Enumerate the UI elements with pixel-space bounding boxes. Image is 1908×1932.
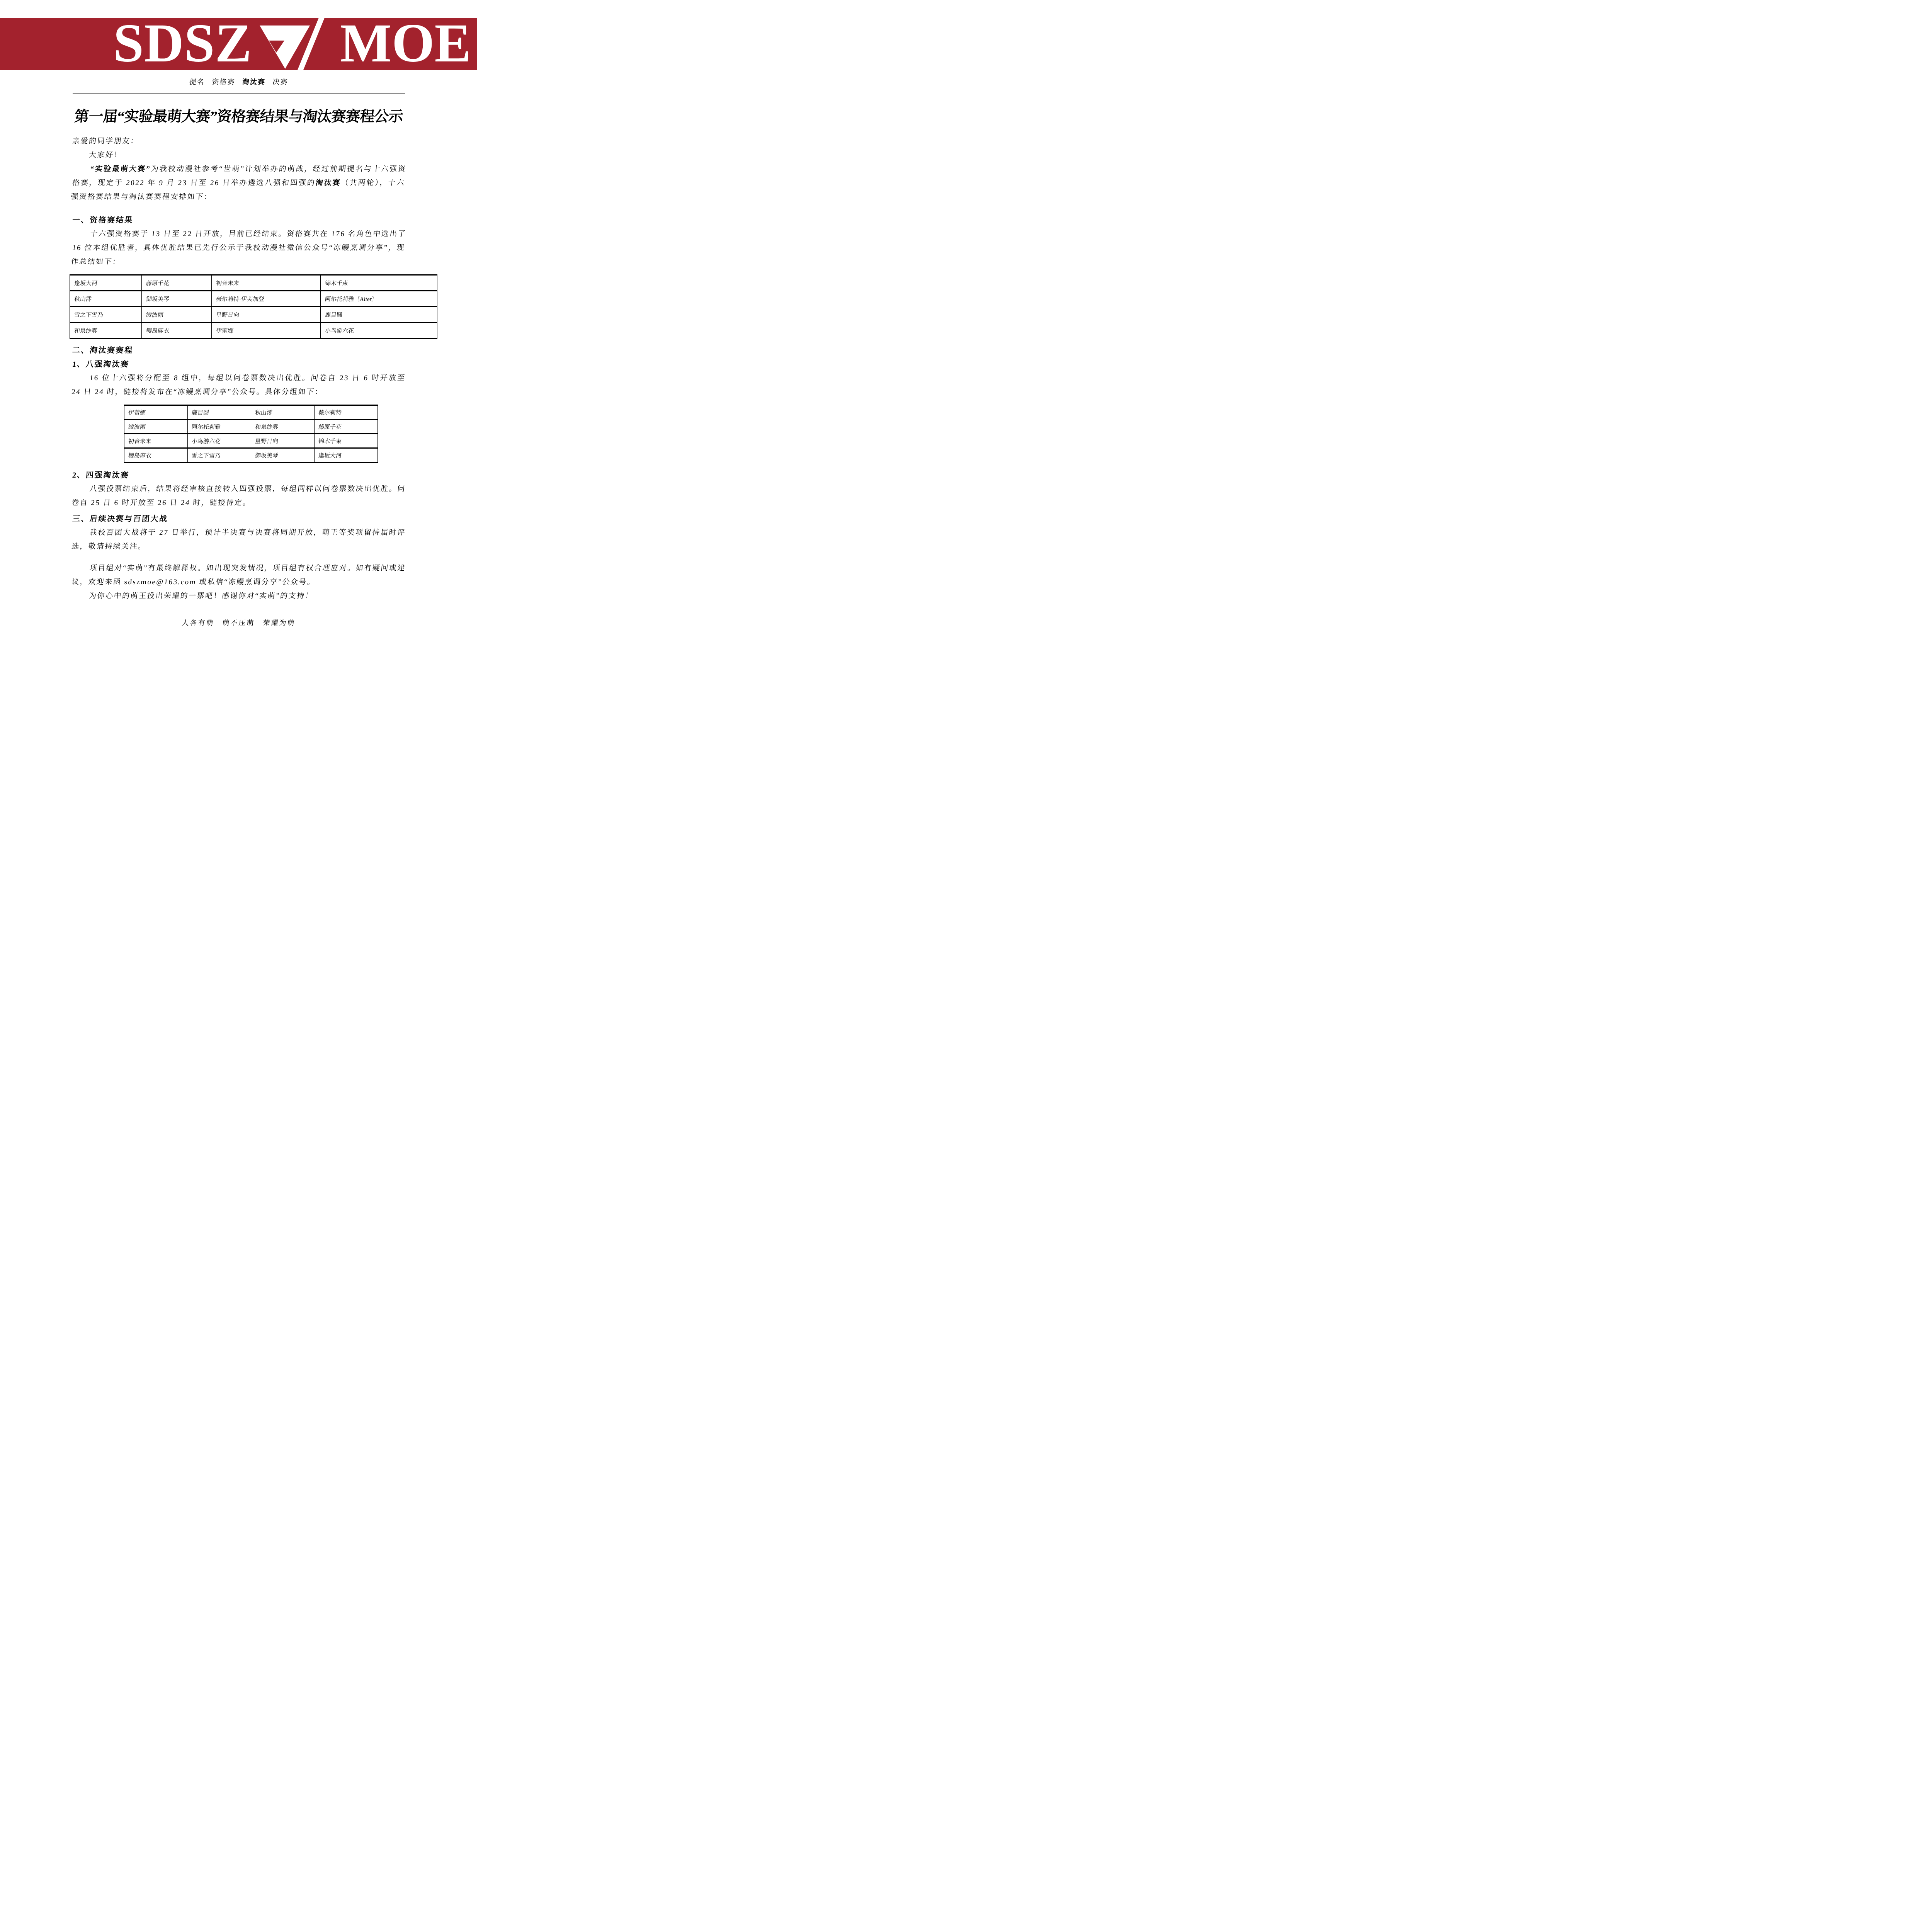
bold-text-segment: 淘汰赛	[315, 179, 342, 187]
text-segment: 大家好！	[88, 151, 122, 159]
section-1-heading: 一、资格赛结果	[71, 213, 405, 227]
top8-groups-table: 伊蕾娜鹿目圆秋山澪薇尔莉特绫波丽阿尔托莉雅和泉纱雾藤原千花初音未来小鸟游六花星野…	[124, 405, 378, 463]
top8-paragraph: 16 位十六强将分配至 8 组中，每组以问卷票数决出优胜。问卷自 23 日 6 …	[71, 371, 406, 399]
qualifier-results-table: 逢坂大河藤原千花初音未来锦木千束秋山澪御坂美琴薇尔莉特·伊芙加登阿尔托莉雅〔Al…	[70, 274, 437, 339]
table-cell: 雪之下雪乃	[188, 448, 251, 463]
table-cell: 鹿目圆	[321, 307, 437, 323]
text-segment: 我校百团大战将于 27 日举行，预计半决赛与决赛将同期开放，萌王等奖项留待届时评…	[71, 529, 406, 551]
text-segment: 16 位十六强将分配至 8 组中，每组以问卷票数决出优胜。问卷自 23 日 6 …	[71, 374, 406, 396]
greeting-paragraph: 大家好！	[71, 148, 405, 162]
section-3-heading: 三、后续决赛与百团大战	[71, 512, 405, 526]
page-title: 第一届“实验最萌大赛”资格赛结果与淘汰赛赛程公示	[0, 106, 477, 128]
table-row: 雪之下雪乃绫波丽星野日向鹿目圆	[70, 307, 437, 323]
table-row: 绫波丽阿尔托莉雅和泉纱雾藤原千花	[124, 420, 378, 434]
section-2-2-heading: 2、四强淘汰赛	[71, 468, 405, 482]
table-cell: 绫波丽	[124, 420, 188, 434]
text-segment: 资格赛	[211, 78, 242, 86]
table-cell: 初音未来	[124, 434, 188, 448]
table-row: 逢坂大河藤原千花初音未来锦木千束	[70, 275, 437, 291]
table-cell: 和泉纱雾	[70, 323, 142, 338]
table-row: 和泉纱雾樱岛麻衣伊蕾娜小鸟游六花	[70, 323, 437, 338]
stage-nav: 提名 资格赛 淘汰赛 决赛	[0, 77, 477, 87]
header-banner: SDSZ MOE	[0, 18, 477, 70]
table-cell: 秋山澪	[70, 291, 142, 307]
table-cell: 锦木千束	[321, 275, 437, 291]
document-page: SDSZ MOE 提名 资格赛 淘汰赛 决赛 第一届“实验最萌大赛”资格赛结果与…	[0, 0, 477, 675]
top4-paragraph: 八强投票结束后，结果将经审核直接转入四强投票，每组同样以问卷票数决出优胜。问卷自…	[71, 482, 406, 510]
table-cell: 星野日向	[212, 307, 321, 323]
text-segment: 八强投票结束后，结果将经审核直接转入四强投票，每组同样以问卷票数决出优胜。问卷自…	[71, 485, 406, 507]
table-cell: 薇尔莉特·伊芙加登	[212, 291, 321, 307]
bold-text-segment: “实验最萌大赛”	[90, 165, 151, 173]
table-cell: 藤原千花	[142, 275, 212, 291]
table-cell: 初音未来	[212, 275, 321, 291]
table-cell: 雪之下雪乃	[70, 307, 142, 323]
text-segment: 提名	[189, 78, 212, 86]
table-cell: 御坂美琴	[142, 291, 212, 307]
section-2-heading: 二、淘汰赛赛程	[71, 344, 405, 357]
table-cell: 秋山澪	[251, 405, 315, 420]
footer-slogan: 人各有萌 萌不压萌 荣耀为萌	[72, 617, 406, 629]
disclaimer-paragraph: 项目组对“实萌”有最终解释权。如出现突发情况，项目组有权合理应对。如有疑问或建议…	[71, 561, 406, 589]
document-body: 亲爱的同学朋友： 大家好！ “实验最萌大赛”为我校动漫社参考“世萌”计划举办的萌…	[72, 134, 405, 629]
table-cell: 樱岛麻衣	[124, 448, 188, 463]
table-cell: 樱岛麻衣	[142, 323, 212, 338]
table-cell: 小鸟游六花	[321, 323, 437, 338]
table-cell: 阿尔托莉雅〔Alter〕	[321, 291, 437, 307]
text-segment: 十六强资格赛于 13 日至 22 日开放，目前已经结束。资格赛共在 176 名角…	[71, 230, 407, 266]
divider-rule	[73, 94, 405, 94]
table-cell: 藤原千花	[315, 420, 378, 434]
bold-text-segment: 淘汰赛	[242, 78, 266, 86]
table-row: 初音未来小鸟游六花星野日向锦木千束	[124, 434, 378, 448]
table-cell: 伊蕾娜	[212, 323, 321, 338]
table-cell: 薇尔莉特	[315, 405, 378, 420]
table-cell: 绫波丽	[142, 307, 212, 323]
table-cell: 小鸟游六花	[188, 434, 251, 448]
section-2-1-heading: 1、八强淘汰赛	[71, 357, 405, 371]
table-row: 秋山澪御坂美琴薇尔莉特·伊芙加登阿尔托莉雅〔Alter〕	[70, 291, 437, 307]
text-segment: 亲爱的同学朋友：	[72, 137, 139, 145]
intro-paragraph: “实验最萌大赛”为我校动漫社参考“世萌”计划举办的萌战，经过前期提名与十六强资格…	[70, 162, 407, 204]
table-cell: 阿尔托莉雅	[188, 420, 251, 434]
closing-paragraph: 为你心中的萌王投出荣耀的一票吧！感谢你对“实萌”的支持！	[71, 589, 405, 603]
table-cell: 逢坂大河	[315, 448, 378, 463]
table-row: 樱岛麻衣雪之下雪乃御坂美琴逢坂大河	[124, 448, 378, 463]
table-cell: 鹿目圆	[188, 405, 251, 420]
table-row: 伊蕾娜鹿目圆秋山澪薇尔莉特	[124, 405, 378, 420]
table-cell: 伊蕾娜	[124, 405, 188, 420]
table-cell: 御坂美琴	[251, 448, 315, 463]
qualifier-result-paragraph: 十六强资格赛于 13 日至 22 日开放，目前已经结束。资格赛共在 176 名角…	[70, 227, 407, 269]
table-cell: 和泉纱雾	[251, 420, 315, 434]
text-segment: 项目组对“实萌”有最终解释权。如出现突发情况，项目组有权合理应对。如有疑问或建议…	[71, 564, 406, 586]
table-cell: 锦木千束	[315, 434, 378, 448]
text-segment: 决赛	[265, 78, 288, 86]
salutation-paragraph: 亲爱的同学朋友：	[71, 134, 405, 148]
logo-text-moe: MOE	[340, 15, 471, 70]
finals-paragraph: 我校百团大战将于 27 日举行，预计半决赛与决赛将同期开放，萌王等奖项留待届时评…	[71, 526, 406, 554]
text-segment: 为你心中的萌王投出荣耀的一票吧！感谢你对“实萌”的支持！	[88, 592, 314, 600]
table-cell: 星野日向	[251, 434, 315, 448]
table-cell: 逢坂大河	[70, 275, 142, 291]
